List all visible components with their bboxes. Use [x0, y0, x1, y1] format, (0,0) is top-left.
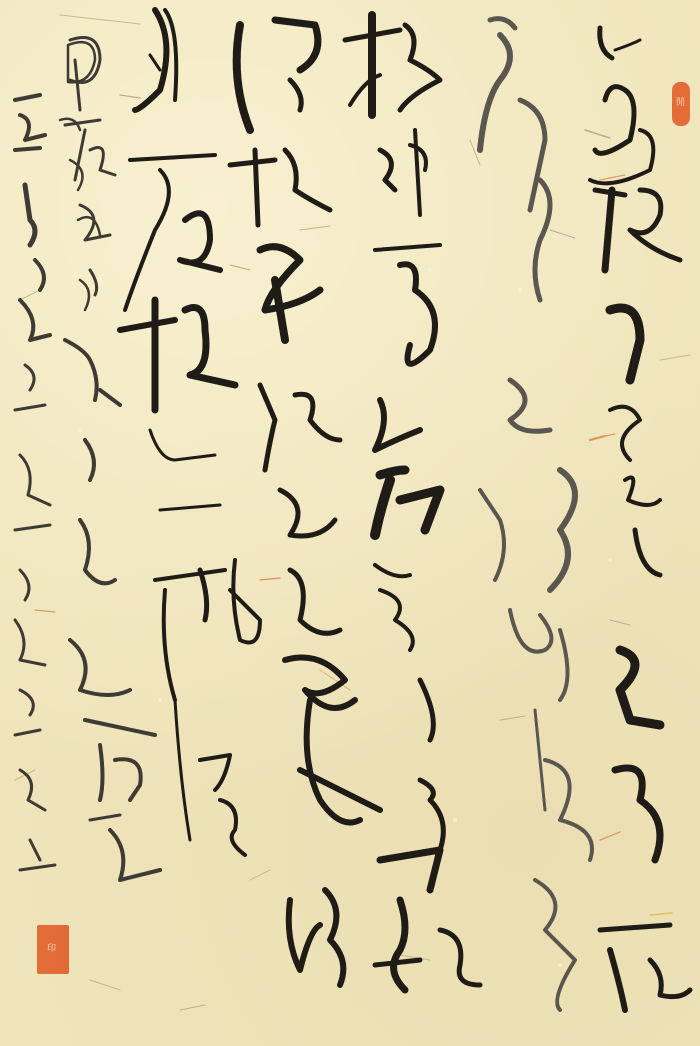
seal-top-right: 閒 — [672, 82, 690, 126]
seal-glyph: 印 — [47, 944, 56, 954]
column-2 — [480, 19, 592, 1010]
calligraphy-artwork: 閒 印 Cursive-script calligraphy with red … — [0, 0, 700, 1046]
column-6 — [65, 38, 160, 881]
inscription-column-b — [15, 95, 55, 870]
seal-glyph: 閒 — [676, 98, 685, 108]
column-1 — [590, 28, 690, 1010]
column-5 — [120, 10, 260, 855]
inscription-column-a — [60, 42, 100, 310]
column-3 — [345, 15, 480, 990]
column-4 — [230, 20, 380, 985]
seal-bottom-left: 印 — [37, 925, 69, 974]
calligraphy-ink — [0, 0, 700, 1046]
